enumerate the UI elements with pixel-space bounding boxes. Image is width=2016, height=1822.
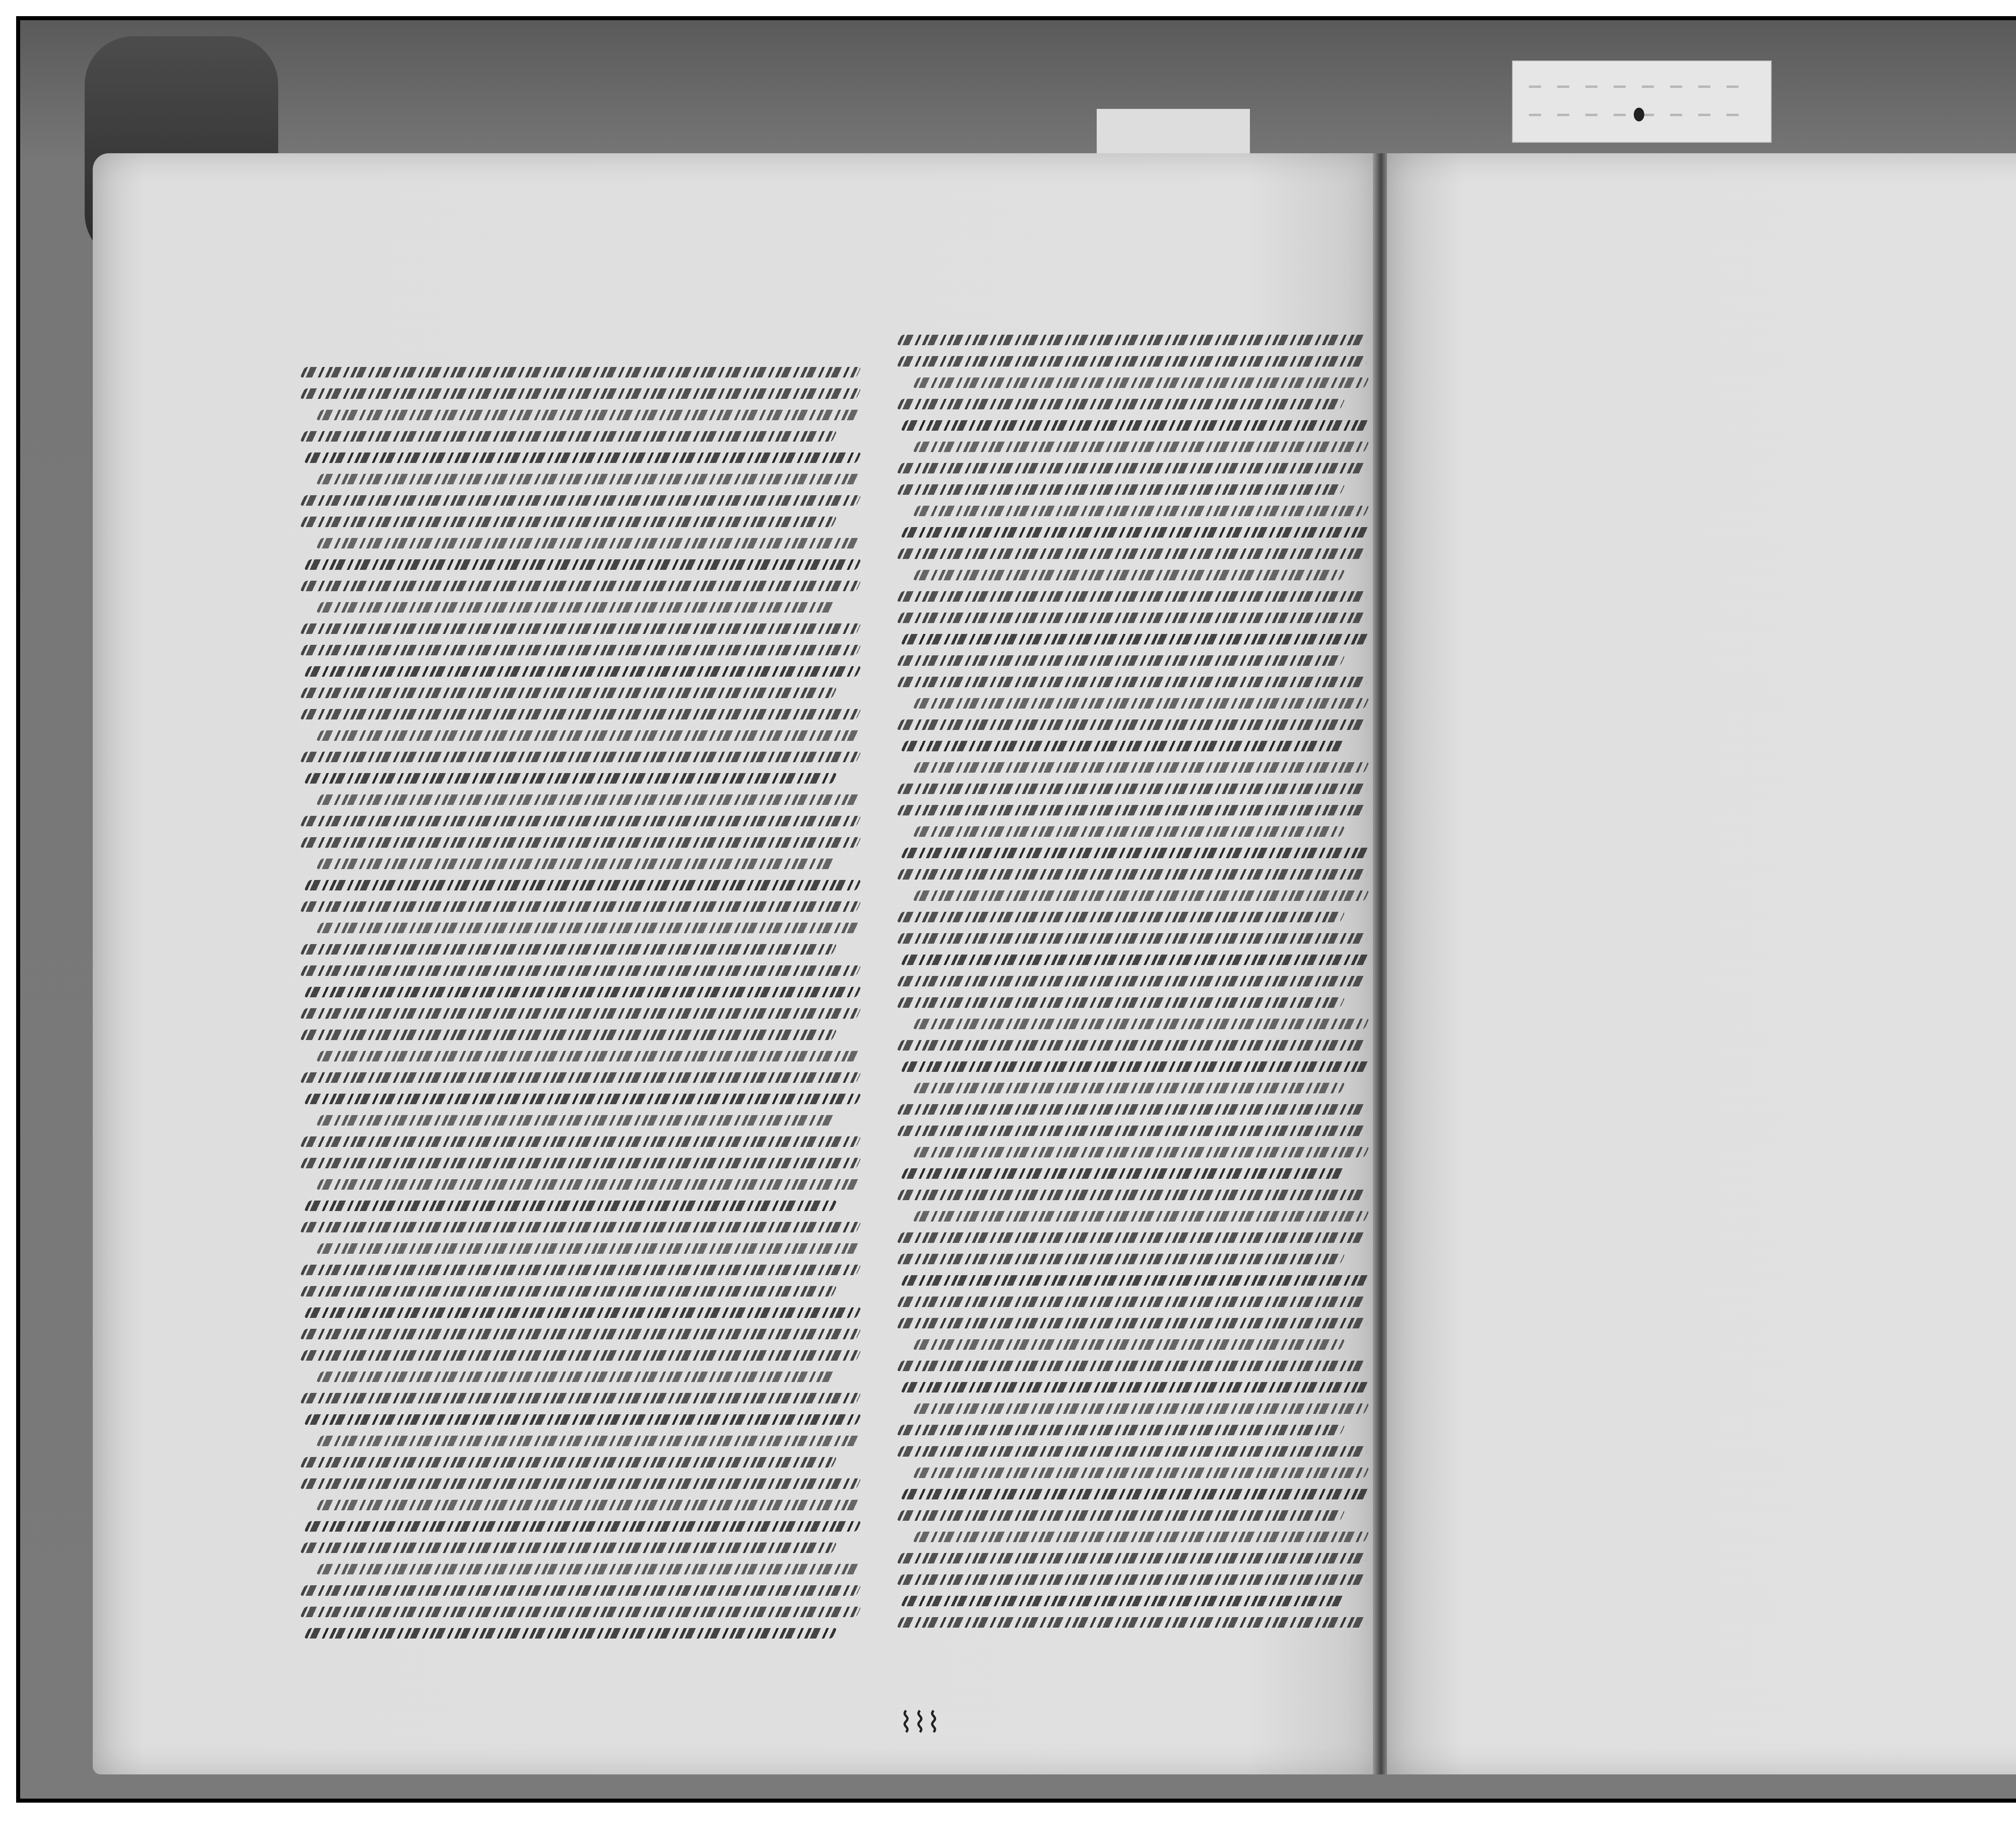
script-line [897, 1510, 1345, 1521]
script-line [316, 410, 861, 420]
script-line [304, 1307, 861, 1318]
script-line [897, 784, 1369, 794]
script-line [897, 1617, 1369, 1628]
script-line [300, 517, 837, 527]
script-line [913, 698, 1369, 709]
open-manuscript: ⌇⌇⌇ ܐܝ [93, 153, 2016, 1774]
script-line [913, 1083, 1345, 1093]
script-line [913, 1468, 1369, 1478]
script-line [300, 1265, 861, 1275]
script-line [913, 1211, 1369, 1222]
script-line [300, 623, 861, 634]
script-line [300, 1222, 861, 1232]
script-line [300, 837, 861, 848]
script-line [300, 1393, 861, 1403]
text-column-2 [899, 335, 1367, 1649]
script-line [300, 1543, 837, 1553]
script-line [300, 1607, 861, 1617]
script-line [897, 1361, 1369, 1371]
script-line [897, 1126, 1369, 1136]
script-line [913, 570, 1345, 580]
script-line [897, 997, 1345, 1008]
script-line [901, 741, 1345, 751]
script-line [897, 1446, 1369, 1457]
script-line [316, 1243, 861, 1254]
script-line [300, 1350, 861, 1361]
script-line [897, 805, 1369, 815]
script-line [913, 1532, 1369, 1542]
script-line [300, 901, 861, 912]
script-line [316, 1564, 861, 1574]
script-line [901, 1168, 1345, 1179]
script-line [901, 420, 1369, 431]
script-line [300, 1072, 861, 1083]
script-line [901, 1275, 1369, 1286]
script-line [897, 548, 1369, 559]
script-line [901, 955, 1369, 965]
script-line [901, 1382, 1369, 1393]
script-line [913, 1339, 1345, 1350]
script-line [304, 987, 861, 997]
left-page: ⌇⌇⌇ [93, 153, 1375, 1774]
script-line [897, 1425, 1345, 1435]
script-line [897, 613, 1369, 623]
script-line [897, 869, 1369, 880]
script-line [300, 645, 861, 655]
script-line [300, 709, 861, 719]
photo-frame: ⌇⌇⌇ ܐܝ ∴ · [16, 16, 2016, 1803]
script-line [897, 356, 1369, 367]
script-line [316, 474, 861, 484]
catalogue-label [1512, 60, 1772, 143]
gutter [1373, 153, 1389, 1774]
script-line [897, 1553, 1369, 1564]
script-line [901, 527, 1369, 538]
script-line [897, 1190, 1369, 1200]
script-line [897, 976, 1369, 986]
script-line [897, 1318, 1369, 1328]
script-line [901, 1596, 1345, 1606]
script-line [304, 1521, 861, 1532]
script-line [901, 1061, 1369, 1072]
script-line [316, 538, 861, 548]
script-line [300, 1478, 861, 1489]
script-line [304, 880, 861, 890]
script-line [913, 1403, 1369, 1414]
script-line [316, 923, 861, 933]
script-line [304, 559, 861, 570]
text-column-1 [302, 367, 859, 1657]
script-line [304, 1628, 837, 1639]
script-line [913, 1147, 1369, 1157]
script-line [300, 1585, 861, 1596]
label-dot [1634, 108, 1644, 121]
script-line [913, 1019, 1369, 1029]
script-line [304, 1201, 837, 1211]
script-line [913, 442, 1369, 452]
script-line [300, 495, 861, 506]
script-line [304, 666, 861, 677]
script-line [901, 1489, 1369, 1499]
script-line [897, 399, 1345, 409]
script-line [300, 688, 837, 698]
script-line [304, 1414, 861, 1425]
script-line [897, 1040, 1369, 1051]
script-line [304, 773, 837, 784]
script-line [300, 1329, 861, 1339]
script-line [316, 730, 861, 741]
script-line [316, 1115, 837, 1126]
script-line [913, 826, 1345, 837]
script-line [897, 1297, 1369, 1307]
script-line [300, 816, 861, 826]
script-line [897, 1254, 1345, 1264]
script-line [897, 933, 1369, 944]
script-line [300, 431, 837, 442]
script-line [897, 591, 1369, 602]
script-line [300, 944, 837, 955]
script-line [316, 1436, 861, 1446]
script-line [897, 655, 1345, 666]
script-line [897, 719, 1369, 730]
script-line [316, 1051, 861, 1061]
script-line [316, 794, 861, 805]
paper-tab [1097, 109, 1250, 157]
script-line [897, 677, 1369, 687]
script-line [897, 484, 1345, 495]
script-line [300, 581, 861, 591]
script-line [316, 1179, 861, 1190]
script-line [913, 762, 1369, 773]
script-line [300, 367, 861, 377]
script-line [300, 1286, 837, 1297]
label-line [1529, 85, 1747, 88]
script-line [300, 1030, 837, 1040]
right-page: ܐܝ [1387, 153, 2016, 1774]
quire-mark: ⌇⌇⌇ [899, 1706, 941, 1739]
script-line [300, 1158, 861, 1168]
script-line [901, 634, 1369, 644]
script-line [300, 1457, 837, 1468]
script-line [316, 1372, 837, 1382]
script-line [913, 506, 1369, 516]
script-line [316, 602, 837, 613]
script-line [901, 848, 1369, 858]
script-line [300, 752, 861, 762]
script-line [300, 388, 861, 399]
script-line [913, 890, 1369, 901]
script-line [300, 1136, 861, 1147]
script-line [897, 1232, 1369, 1243]
script-line [897, 1104, 1369, 1115]
script-line [304, 452, 861, 463]
script-line [897, 1574, 1369, 1585]
script-line [300, 965, 861, 976]
script-line [897, 912, 1345, 922]
script-line [316, 859, 837, 869]
script-line [300, 1008, 861, 1019]
script-line [304, 1094, 861, 1104]
script-line [316, 1500, 861, 1510]
script-line [897, 463, 1369, 473]
script-line [897, 335, 1369, 345]
script-line [913, 377, 1369, 388]
